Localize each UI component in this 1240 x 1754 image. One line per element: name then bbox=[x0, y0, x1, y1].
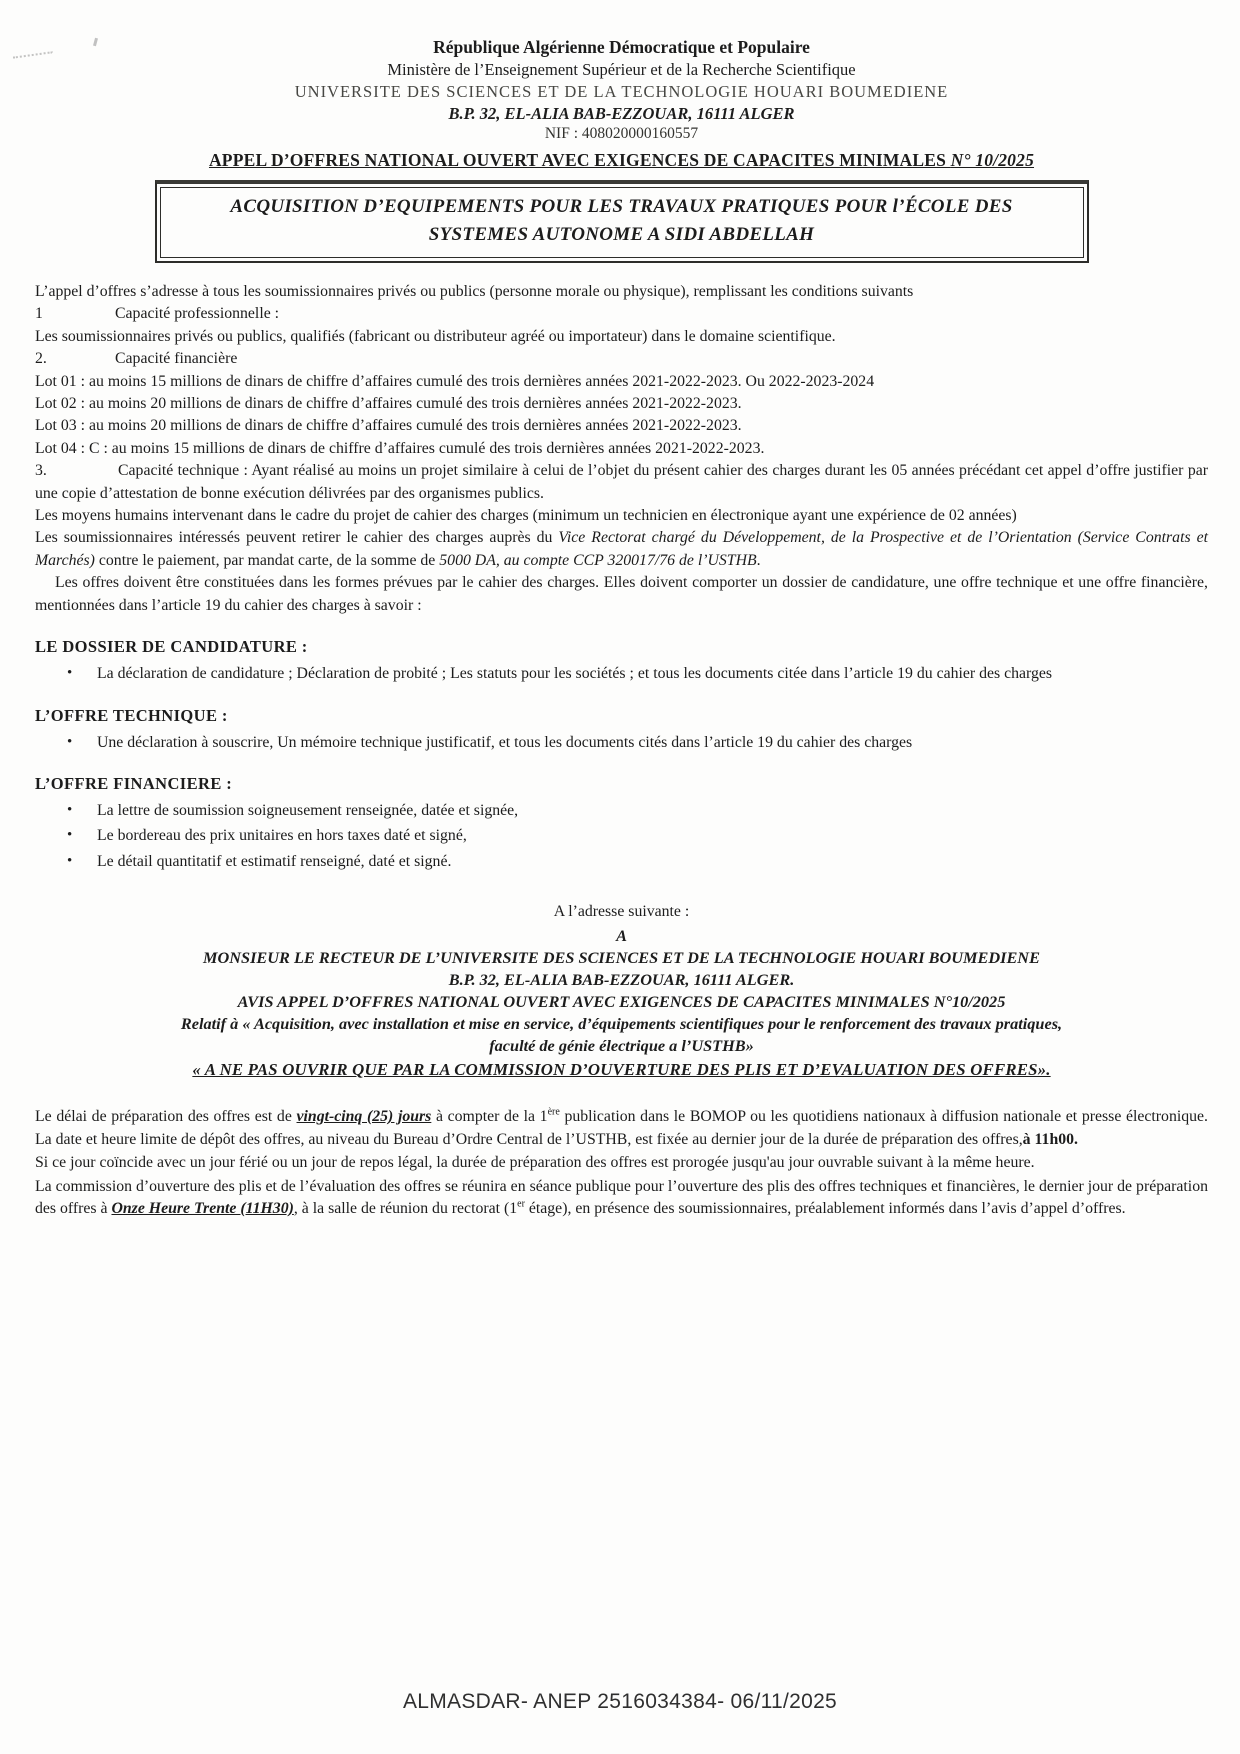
address-recipient-line: MONSIEUR LE RECTEUR DE L’UNIVERSITE DES … bbox=[35, 947, 1208, 969]
section-heading-dossier: LE DOSSIER DE CANDIDATURE : bbox=[35, 637, 1208, 657]
lot-line-2: Lot 02 : au moins 20 millions de dinars … bbox=[35, 393, 1208, 415]
university-address-line: B.P. 32, EL-ALIA BAB-EZZOUAR, 16111 ALGE… bbox=[35, 103, 1208, 125]
capacity-technical-paragraph: 3.Capacité technique : Ayant réalisé au … bbox=[35, 460, 1208, 505]
lot-line-1: Lot 01 : au moins 15 millions de dinars … bbox=[35, 371, 1208, 393]
do-not-open-warning: « A NE PAS OUVRIR QUE PAR LA COMMISSION … bbox=[35, 1060, 1208, 1080]
financiere-bullet-item-3: Le détail quantitatif et estimatif rense… bbox=[35, 851, 1208, 873]
ministry-line: Ministère de l’Enseignement Supérieur et… bbox=[35, 59, 1208, 81]
tender-title-line2: SYSTEMES AUTONOME A SIDI ABDELLAH bbox=[175, 221, 1069, 250]
document-page: République Algérienne Démocratique et Po… bbox=[0, 0, 1240, 1754]
capacity-professional-text: Les soumissionnaires privés ou publics, … bbox=[35, 326, 1208, 348]
notice-heading-text: APPEL D’OFFRES NATIONAL OUVERT AVEC EXIG… bbox=[209, 150, 951, 170]
document-header: République Algérienne Démocratique et Po… bbox=[35, 36, 1208, 263]
item-number: 1 bbox=[35, 303, 115, 325]
tender-title-line1: ACQUISITION D’EQUIPEMENTS POUR LES TRAVA… bbox=[175, 193, 1069, 222]
payment-amount-reference: 5000 DA, au compte CCP 320017/76 de l’US… bbox=[439, 552, 756, 569]
address-relatif-line-2: faculté de génie électrique a l’USTHB» bbox=[35, 1035, 1208, 1057]
financiere-bullet-item-2: Le bordereau des prix unitaires en hors … bbox=[35, 825, 1208, 847]
section-heading-offre-technique: L’OFFRE TECHNIQUE : bbox=[35, 706, 1208, 726]
section-heading-offre-financiere: L’OFFRE FINANCIERE : bbox=[35, 774, 1208, 794]
capacity-professional-heading: 1Capacité professionnelle : bbox=[35, 303, 1208, 325]
item-label: Capacité financière bbox=[115, 350, 237, 367]
item-number: 3. bbox=[35, 460, 118, 482]
nif-line: NIF : 408020000160557 bbox=[35, 124, 1208, 144]
address-letter-a: A bbox=[35, 925, 1208, 947]
retrieval-text-2: contre le paiement, par mandat carte, de… bbox=[95, 552, 439, 569]
dossier-bullet-item: La déclaration de candidature ; Déclarat… bbox=[35, 663, 1208, 685]
notice-heading-number: N° 10/2025 bbox=[951, 150, 1034, 170]
holiday-paragraph: Si ce jour coïncide avec un jour férié o… bbox=[35, 1152, 1208, 1174]
closing-paragraphs: Le délai de préparation des offres est d… bbox=[35, 1106, 1208, 1220]
retrieval-paragraph: Les soumissionnaires intéressés peuvent … bbox=[35, 527, 1208, 572]
lot-line-3: Lot 03 : au moins 20 millions de dinars … bbox=[35, 415, 1208, 437]
delay-text-2: à compter de la 1 bbox=[431, 1108, 547, 1125]
capacity-technical-text: Capacité technique : Ayant réalisé au mo… bbox=[35, 462, 1208, 501]
human-resources-paragraph: Les moyens humains intervenant dans le c… bbox=[35, 505, 1208, 527]
address-postal-line: B.P. 32, EL-ALIA BAB-EZZOUAR, 16111 ALGE… bbox=[35, 969, 1208, 991]
tender-title-box-inner: ACQUISITION D’EQUIPEMENTS POUR LES TRAVA… bbox=[160, 187, 1084, 258]
address-relatif-line-1: Relatif à « Acquisition, avec installati… bbox=[35, 1013, 1208, 1035]
notice-heading: APPEL D’OFFRES NATIONAL OUVERT AVEC EXIG… bbox=[35, 150, 1208, 171]
tender-title-box: ACQUISITION D’EQUIPEMENTS POUR LES TRAVA… bbox=[155, 180, 1089, 263]
document-body: L’appel d’offres s’adresse à tous les so… bbox=[35, 281, 1208, 1221]
footer-credit: ALMASDAR- ANEP 2516034384- 06/11/2025 bbox=[0, 1690, 1240, 1714]
capacity-financial-heading: 2.Capacité financière bbox=[35, 348, 1208, 370]
intro-paragraph: L’appel d’offres s’adresse à tous les so… bbox=[35, 281, 1208, 303]
delay-text-1: Le délai de préparation des offres est d… bbox=[35, 1108, 297, 1125]
preparation-delay-paragraph: Le délai de préparation des offres est d… bbox=[35, 1106, 1208, 1151]
republic-line: République Algérienne Démocratique et Po… bbox=[35, 36, 1208, 59]
financiere-bullet-item-1: La lettre de soumission soigneusement re… bbox=[35, 800, 1208, 822]
delay-time: à 11h00. bbox=[1023, 1131, 1078, 1148]
commission-time: Onze Heure Trente (11H30) bbox=[111, 1200, 293, 1217]
commission-text-3: étage), en présence des soumissionnaires… bbox=[525, 1200, 1126, 1217]
commission-paragraph: La commission d’ouverture des plis et de… bbox=[35, 1176, 1208, 1221]
delay-duration: vingt-cinq (25) jours bbox=[297, 1108, 432, 1125]
item-label: Capacité professionnelle : bbox=[115, 305, 279, 322]
commission-text-2: , à la salle de réunion du rectorat (1 bbox=[294, 1200, 517, 1217]
item-number: 2. bbox=[35, 348, 115, 370]
retrieval-text-3: . bbox=[757, 552, 761, 569]
technique-bullet-item: Une déclaration à souscrire, Un mémoire … bbox=[35, 732, 1208, 754]
offers-composition-paragraph: Les offres doivent être constituées dans… bbox=[35, 572, 1208, 617]
commission-superscript: er bbox=[517, 1199, 525, 1210]
retrieval-text-1: Les soumissionnaires intéressés peuvent … bbox=[35, 529, 558, 546]
university-line: UNIVERSITE DES SCIENCES ET DE LA TECHNOL… bbox=[35, 81, 1208, 103]
address-intro-line: A l’adresse suivante : bbox=[35, 903, 1208, 921]
address-avis-line: AVIS APPEL D’OFFRES NATIONAL OUVERT AVEC… bbox=[35, 991, 1208, 1013]
lot-line-4: Lot 04 : C : au moins 15 millions de din… bbox=[35, 438, 1208, 460]
delay-superscript: ère bbox=[548, 1107, 560, 1118]
